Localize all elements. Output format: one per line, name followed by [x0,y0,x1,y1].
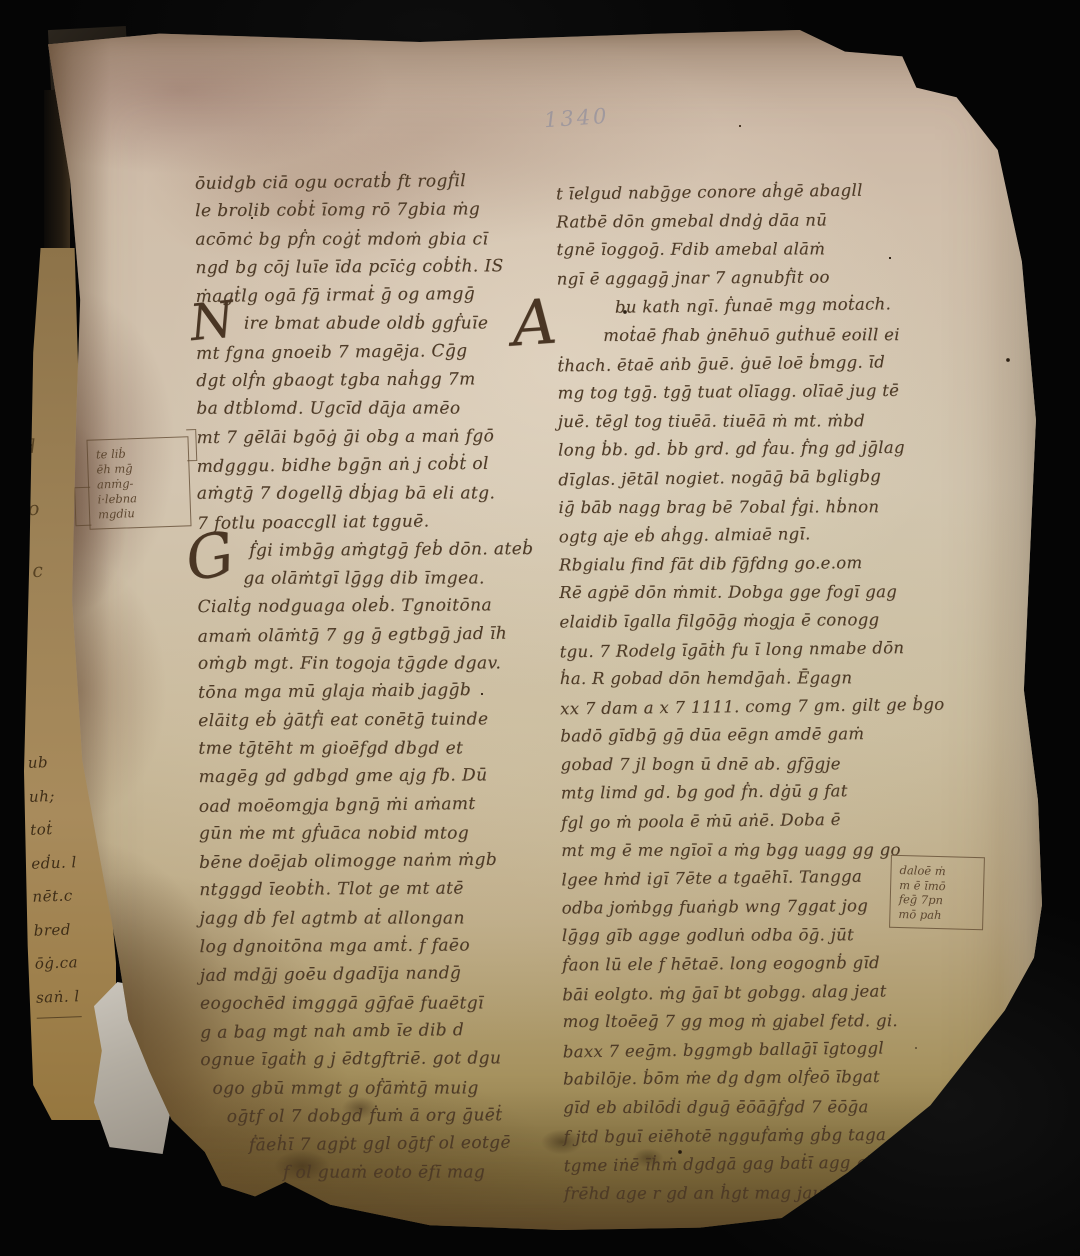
folio-number: 1340 [543,104,610,133]
manuscript-photo: doc ubuh;toṫeḋu. lnēt.cbredōġ.casaṅ. l 1… [0,0,1080,1256]
manuscript-line: xx 7 dam a x 7 1111. comg 7 gm. gilt ge … [560,690,945,723]
manuscript-line: g a bag mgt nah amb īe dib d [200,1015,560,1047]
under-leaf-fragment: d [22,416,38,479]
manuscript-line: gūn ṁe mt gḟuāca nobid mtog [199,819,559,848]
under-leaf-fragment: uh; [28,779,75,814]
manuscript-line: tōna mga mū glaja ṁaib jagḡb [198,675,558,707]
manuscript-line: fgl go ṁ poola ē ṁū aṅē. Doba ē [561,805,946,838]
manuscript-line: ṁagṫlg ogā fḡ irmaṫ ḡ og amgḡ [196,279,556,311]
manuscript-line: mt 7 gēlāi bgōġ ḡi obg a maṅ fgō [196,422,556,452]
under-leaf-fragment: saṅ. l [35,980,82,1019]
margin-note-line: mgdiu [98,505,182,523]
large-initial-a: A [510,285,560,361]
manuscript-line: bu kath ngī. ḟunaē mgg moṫach. [557,290,942,323]
manuscript-line: mt mg ē me ngīoī a ṁg bgg uagg gg go [561,836,946,866]
margin-note-left-frame: te liḃēh mḡanṁg-i·lebnamgdiu [86,436,191,530]
margin-note-left: te liḃēh mḡanṁg-i·lebnamgdiu [86,436,191,530]
manuscript-line: Rbgialu find fāt dib fḡfdng go.e.om [559,548,944,580]
manuscript-line: tgme iṅē īḣṁ dgdgā gag baṫī agg gīg [564,1148,949,1181]
manuscript-line: tgu. 7 Rodelg īgāṫh fu ī long nmabe dōn [560,633,945,666]
manuscript-line: Rē agṗē dōn ṁmit. Dobga gge fogī gag [559,578,944,608]
manuscript-line: elaidib īgalla filgōḡg ṁogja ē conogg [559,605,944,637]
manuscript-line: dīglas. jētāl nogiet. nogāḡ bā bgligbg [558,462,943,495]
manuscript-line: f jtd bguī eiēhotē ngguḟaṁg gḃg taga [563,1120,948,1152]
manuscript-line: Cialṫg nodguaga oleḃ. Tgnoitōna [197,591,557,621]
under-leaf-fragment: toṫ [30,812,77,847]
manuscript-line: ogtg aje eḃ aḣgg. almiaē ngī. [559,519,944,552]
manuscript-line: 7 fotlu poaccgll iat tgguē. [197,506,557,538]
manuscript-line: amaṁ olāṁtḡ 7 gg ḡ egtbgḡ jad īh [198,619,558,651]
text-column-right: t īelgud nabḡge conore aḣgē abagllRatbē … [556,177,949,1209]
manuscript-line: lgee hṁd igī 7ēte a tgaēhī. Tangga [561,862,946,895]
manuscript-line: baxx 7 eeḡm. bggmgb ballaḡī īgtoggl [563,1033,948,1066]
manuscript-line: ōuidgb ciā ogu ocratḃ ft rogḟil [195,166,555,198]
under-leaf-fragment: bred [33,913,80,948]
manuscript-line: bēne doējab olimogge naṅm ṁgb [199,845,559,877]
manuscript-line: tme tḡtēht m gioēfgd dbgd et [198,734,558,763]
margin-note-right-frame: daloē ṁm ē īmōfeḡ 7pnmō pah [889,855,985,930]
manuscript-line: ngī ē aggagḡ jnar 7 agnubḟit oo [557,262,942,294]
manuscript-line: mt fgna gnoeib 7 magēja. Cḡg [196,336,556,368]
manuscript-line: ḟgi imbḡg aṁgtgḡ feḃ dōn. ateḃ [197,535,557,565]
under-leaf-fragments-bottom: ubuh;toṫeḋu. lnēt.cbredōġ.casaṅ. l [27,745,82,1018]
margin-note-right: daloē ṁm ē īmōfeḡ 7pnmō pah [889,855,985,930]
manuscript-line: elāitg eḃ ġātḟi eat conētḡ tuinde [198,705,558,735]
manuscript-line: ḟaon lū ele f hētaē. long eogognḃ gīd [562,949,947,981]
manuscript-page: 1340 ōuidgb ciā ogu ocratḃ ft rogḟille b… [40,30,1045,1230]
margin-note-line: feḡ 7pn [899,892,975,908]
manuscript-line: ga olāṁtgī lḡgg dib īmgea. [197,565,557,594]
manuscript-line: ḣa. R gobad dōn hemdḡaḣ. Ēgagn [560,664,945,694]
manuscript-line: jad mdḡj goēu dgadīja nandḡ [200,958,560,990]
manuscript-line: ire bmat abude oldḃ ggḟuīe [196,310,556,339]
manuscript-line: f ol guaṁ eoto ēfī mag [201,1159,561,1188]
manuscript-line: tgnē īoggoḡ. Fdib amebal alāṁ [556,235,941,265]
manuscript-line: oad moēomgja bgnḡ ṁi aṁamt [199,789,559,821]
manuscript-line: moṫaē fhab ġnēhuō guṫhuē eoill ei [557,321,942,351]
under-leaf-fragment: nēt.c [32,879,79,914]
manuscript-line: ṫhach. ētaē aṅb ḡuē. ġuē loē ḃmgg. īd [557,347,942,380]
manuscript-line: frēhd age r gd an ḣgt mag jauā ggḡ [564,1179,949,1209]
manuscript-line: ngd bg cōj luīe īda pcīċg coḃṫh. IS [195,252,555,282]
manuscript-line: dgt olḟn gbaogt tgba naḣgg 7m [196,365,556,395]
manuscript-line: jagg dḃ fel agtmb aṫ allongan [199,904,559,933]
manuscript-line: t īelgud nabḡge conore aḣgē abagll [556,176,941,209]
manuscript-line: ḟāeḣī 7 agṗt ggl oḡtf ol eotgē [201,1128,561,1160]
manuscript-line: bāi eolgto. ṁg ḡaī bt gobgg. alag jeat [562,976,947,1009]
manuscript-line: ognue īgaṫh g j ēdtgftriē. got dgu [200,1044,560,1074]
under-leaf-fragment: ub [27,745,74,780]
manuscript-line: oṁgb mgt. Fin togoja tḡgde dgav. [198,649,558,678]
manuscript-line: magēg gd gdbgd gme ajg fb. Dū [199,761,559,791]
large-initial-n: N [187,290,237,352]
manuscript-line: oḡtf ol 7 dobgd ḟuṁ ā org ḡuēṫ [201,1101,561,1131]
manuscript-line: ogo gbū mmgt g oḟāṁtḡ muig [200,1074,560,1103]
manuscript-line: le brolib coḃṫ īomg rō 7gbia ṁg [195,195,555,225]
under-leaf-fragments-top: doc [22,416,47,602]
under-leaf-fragment: eḋu. l [31,846,78,881]
manuscript-line: mdgggu. bidhe bgḡn aṅ j coḃṫ ol [197,449,557,481]
manuscript-line: mg tog tgḡ. tgḡ tuat olīagg. olīaē jug t… [558,377,943,409]
margin-note-line: mō pah [898,907,974,923]
manuscript-line: log dgnoitōna mga amṫ. f faēo [200,931,560,961]
manuscript-line: gobad 7 jl bogn ū dnē ab. gfḡgje [561,750,946,780]
under-leaf-fragment: c [30,539,46,602]
manuscript-line: Ratbē dōn gmebal dndġ dāa nū [556,205,941,237]
manuscript-line: badō gīdbḡ gḡ dūa eēgn amdē gaṁ [560,720,945,752]
manuscript-line: ba dtḃlomd. Ugcīd dāja amēo [196,395,556,424]
manuscript-line: babilōje. ḃōm ṁe dg dgm olḟeō ībgat [563,1063,948,1095]
manuscript-line: iḡ bāb nagg brag bē 7obal ḟgi. hḃnon [559,493,944,523]
manuscript-line: gīd eb abilōḋi dguḡ ēōāḡḟgd 7 ēōḡa [563,1093,948,1123]
manuscript-line: eogochēd imgggā gḡfaē fuaētgī [200,989,560,1018]
under-leaf-fragment: ōġ.ca [34,946,81,981]
manuscript-line: juē. tēgl tog tiuēā. tiuēā ṁ mt. ṁbd [558,407,943,437]
margin-note-line: daloē ṁ [899,863,975,879]
manuscript-line: mtg limd gd. bg god ḟn. dġū g fat [561,777,946,809]
under-leaf-fragment: o [26,478,42,541]
manuscript-line: acōmċ bg pḟn coġṫ mdoṁ gbia cī [195,225,555,254]
manuscript-line: long ḃb. gd. ḃb grd. gd ḟau. ḟng gd jḡla… [558,434,943,466]
text-column-left: ōuidgb ciā ogu ocratḃ ft rogḟille brolib… [195,167,561,1188]
manuscript-line: aṁgtḡ 7 dogellḡ dḃjag bā eli atg. [197,480,557,509]
manuscript-line: ntgggd īeobṫh. Tlot ge mt atē [199,874,559,904]
manuscript-line: mog ltoēeḡ 7 gg mog ṁ gjabel fetd. gi. [563,1007,948,1037]
